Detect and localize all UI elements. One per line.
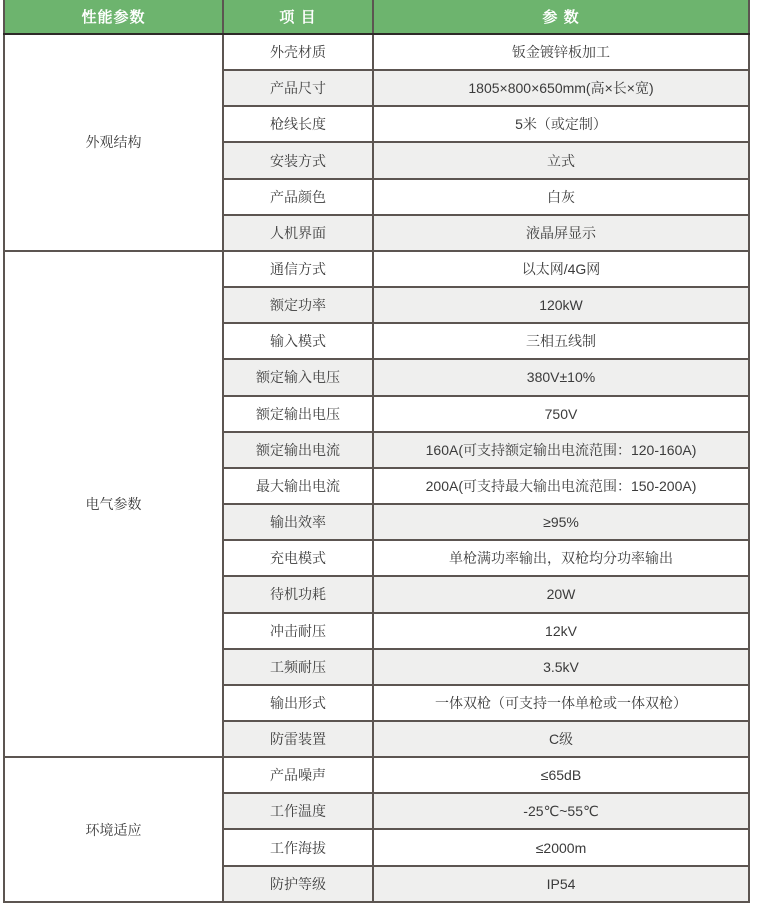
value-cell: 12kV	[373, 613, 749, 649]
category-cell: 环境适应	[4, 757, 223, 902]
item-cell: 防护等级	[223, 866, 373, 902]
value-cell: 液晶屏显示	[373, 215, 749, 251]
item-cell: 枪线长度	[223, 106, 373, 142]
value-cell: 三相五线制	[373, 323, 749, 359]
value-cell: ≤2000m	[373, 829, 749, 865]
value-cell: 白灰	[373, 179, 749, 215]
item-cell: 工作海拔	[223, 829, 373, 865]
header-cell-item: 项 目	[223, 0, 373, 34]
item-cell: 充电模式	[223, 540, 373, 576]
item-cell: 安装方式	[223, 142, 373, 178]
item-cell: 外壳材质	[223, 34, 373, 70]
item-cell: 额定输入电压	[223, 359, 373, 395]
item-cell: 待机功耗	[223, 576, 373, 612]
item-cell: 工频耐压	[223, 649, 373, 685]
value-cell: ≤65dB	[373, 757, 749, 793]
spec-table: 性能参数 项 目 参 数 外观结构外壳材质钣金镀锌板加工产品尺寸1805×800…	[3, 0, 750, 903]
item-cell: 产品尺寸	[223, 70, 373, 106]
value-cell: 20W	[373, 576, 749, 612]
item-cell: 人机界面	[223, 215, 373, 251]
value-cell: -25℃~55℃	[373, 793, 749, 829]
item-cell: 输出效率	[223, 504, 373, 540]
value-cell: ≥95%	[373, 504, 749, 540]
value-cell: 200A(可支持最大输出电流范围：150-200A)	[373, 468, 749, 504]
item-cell: 通信方式	[223, 251, 373, 287]
spec-table-header: 性能参数 项 目 参 数	[4, 0, 749, 34]
value-cell: 3.5kV	[373, 649, 749, 685]
item-cell: 产品颜色	[223, 179, 373, 215]
item-cell: 产品噪声	[223, 757, 373, 793]
value-cell: 380V±10%	[373, 359, 749, 395]
item-cell: 冲击耐压	[223, 613, 373, 649]
table-row: 外观结构外壳材质钣金镀锌板加工	[4, 34, 749, 70]
item-cell: 额定功率	[223, 287, 373, 323]
value-cell: 单枪满功率输出，双枪均分功率输出	[373, 540, 749, 576]
value-cell: 以太网/4G网	[373, 251, 749, 287]
item-cell: 额定输出电压	[223, 396, 373, 432]
table-row: 环境适应产品噪声≤65dB	[4, 757, 749, 793]
item-cell: 工作温度	[223, 793, 373, 829]
value-cell: 钣金镀锌板加工	[373, 34, 749, 70]
category-cell: 外观结构	[4, 34, 223, 251]
category-cell: 电气参数	[4, 251, 223, 757]
spec-table-body: 外观结构外壳材质钣金镀锌板加工产品尺寸1805×800×650mm(高×长×宽)…	[4, 34, 749, 902]
item-cell: 防雷装置	[223, 721, 373, 757]
table-row: 电气参数通信方式以太网/4G网	[4, 251, 749, 287]
item-cell: 最大输出电流	[223, 468, 373, 504]
item-cell: 输出形式	[223, 685, 373, 721]
value-cell: C级	[373, 721, 749, 757]
value-cell: 750V	[373, 396, 749, 432]
value-cell: IP54	[373, 866, 749, 902]
header-row: 性能参数 项 目 参 数	[4, 0, 749, 34]
value-cell: 一体双枪（可支持一体单枪或一体双枪）	[373, 685, 749, 721]
header-cell-parameter: 参 数	[373, 0, 749, 34]
value-cell: 5米（或定制）	[373, 106, 749, 142]
value-cell: 1805×800×650mm(高×长×宽)	[373, 70, 749, 106]
value-cell: 立式	[373, 142, 749, 178]
item-cell: 额定输出电流	[223, 432, 373, 468]
header-cell-performance: 性能参数	[4, 0, 223, 34]
value-cell: 120kW	[373, 287, 749, 323]
value-cell: 160A(可支持额定输出电流范围：120-160A)	[373, 432, 749, 468]
item-cell: 输入模式	[223, 323, 373, 359]
